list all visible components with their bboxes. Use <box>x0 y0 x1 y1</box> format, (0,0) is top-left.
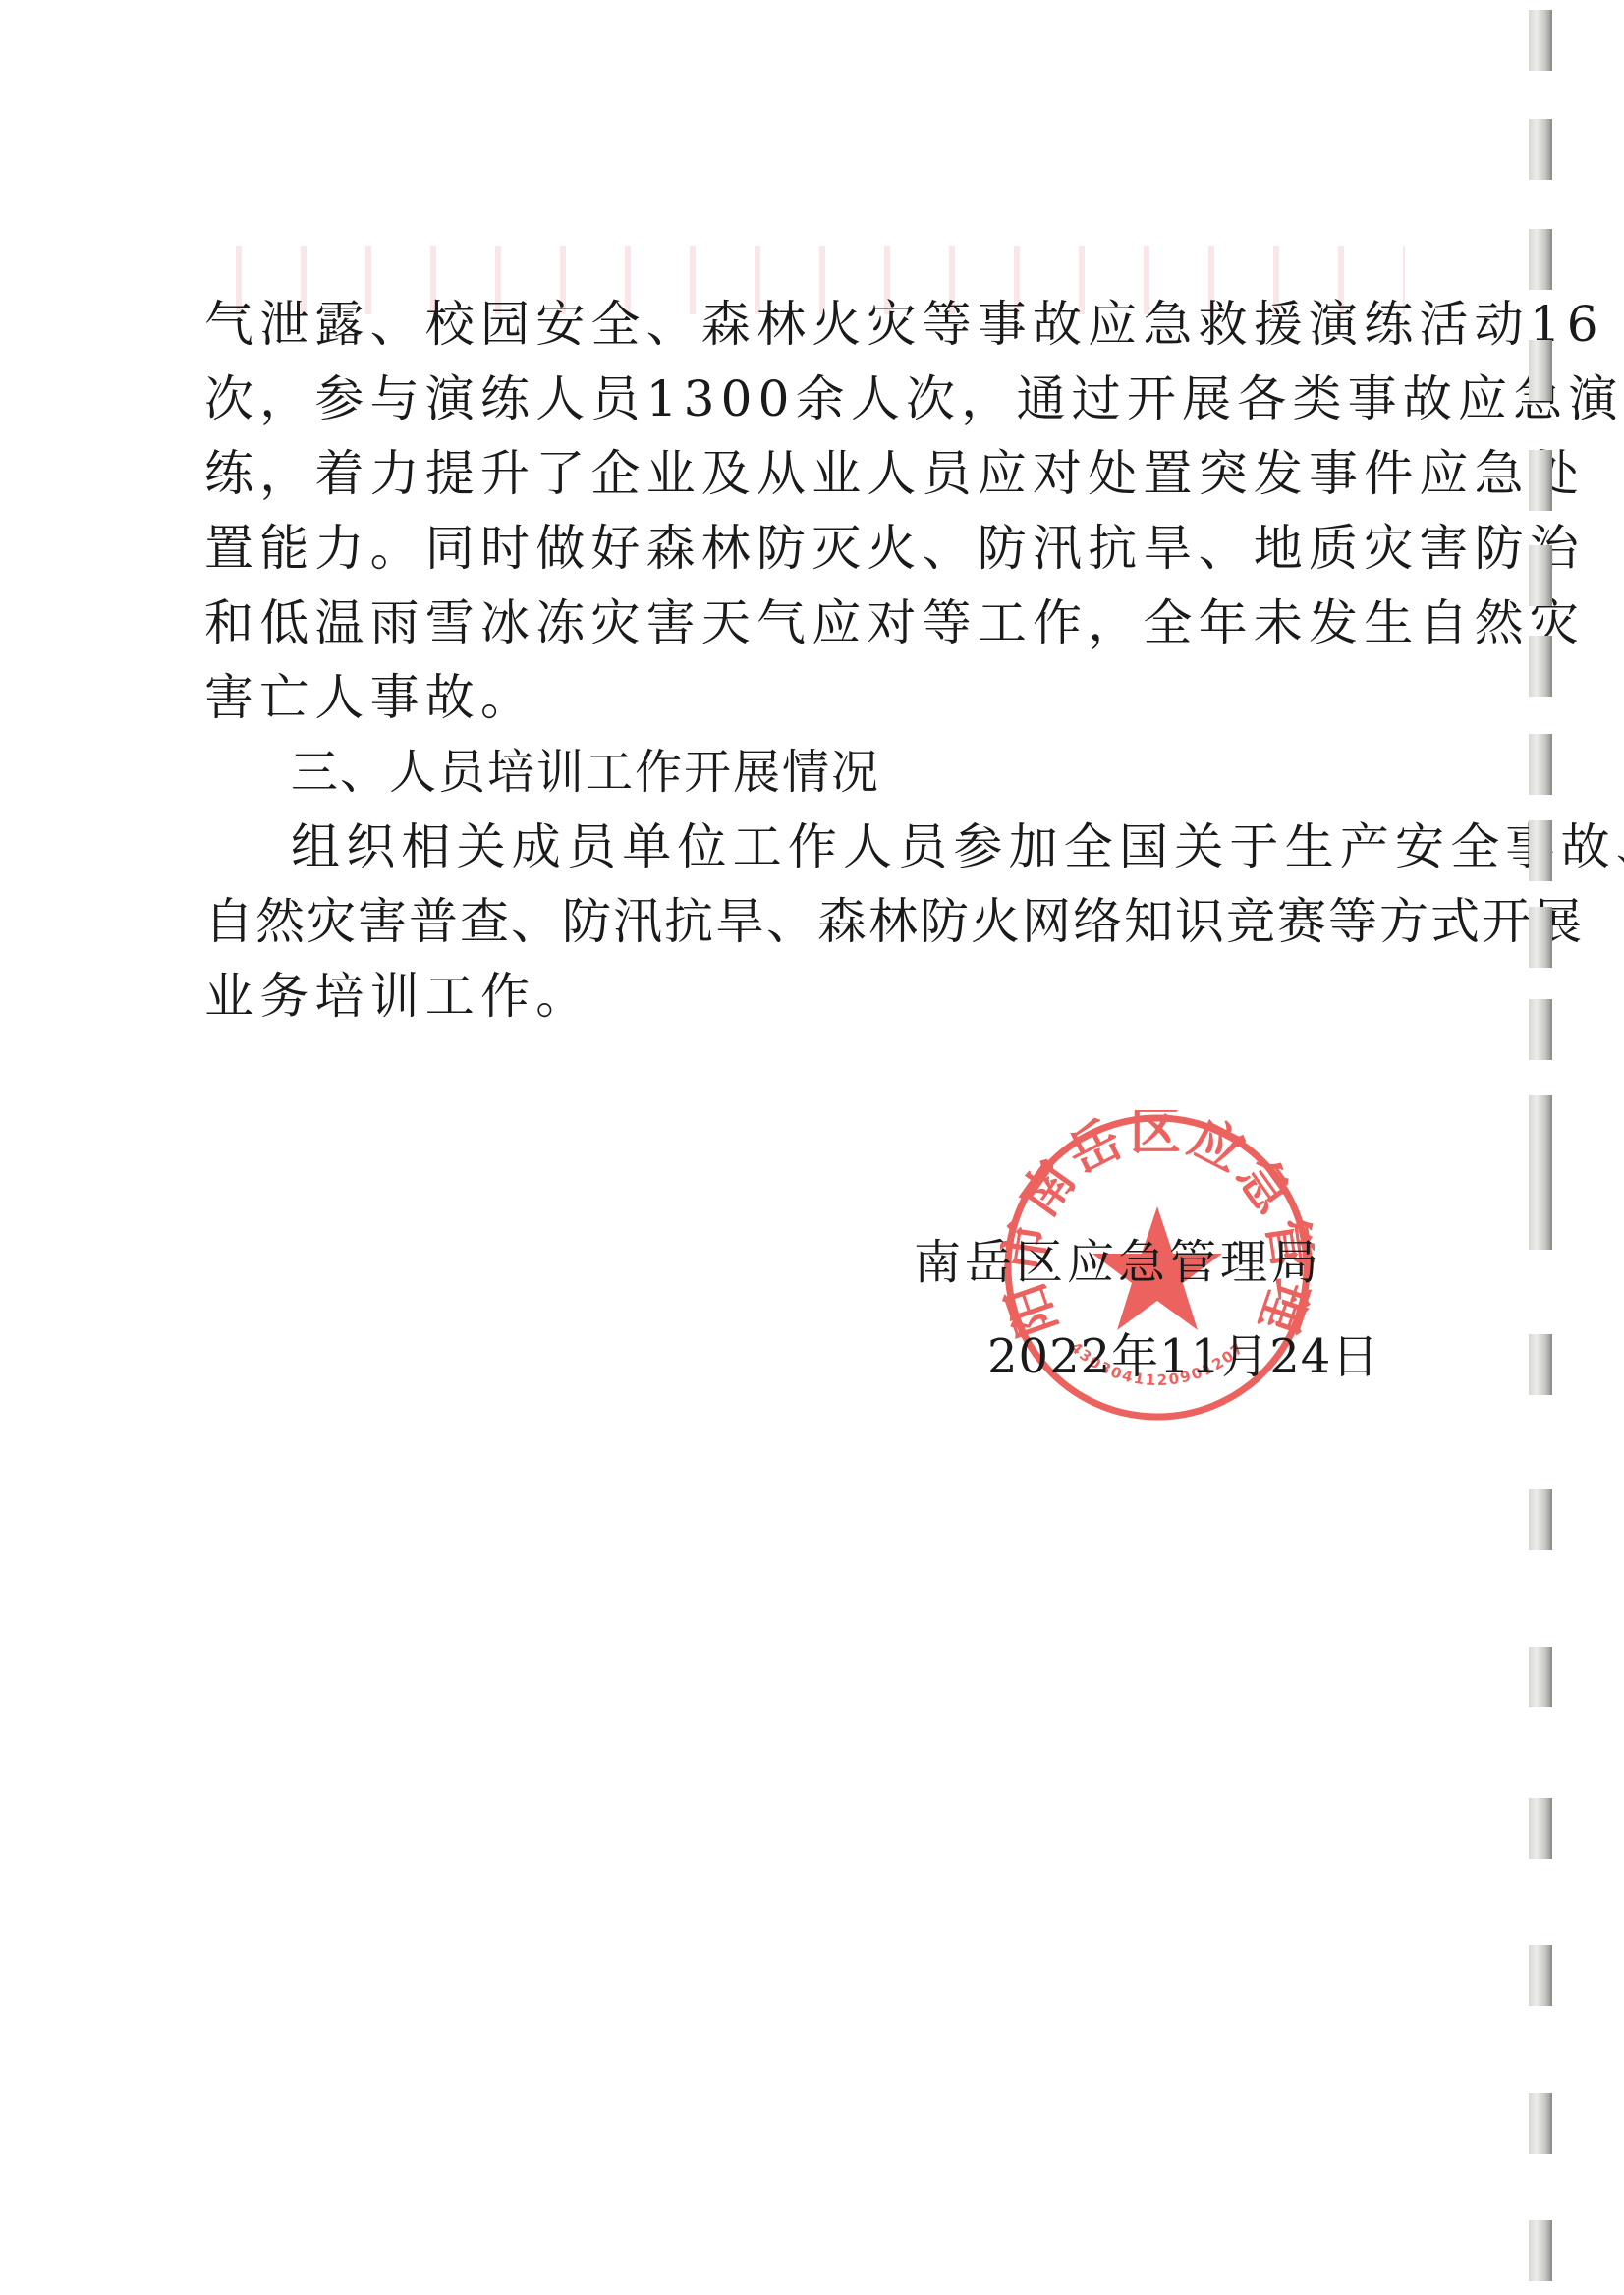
binding-hole-icon <box>1529 229 1552 290</box>
binding-hole-icon <box>1529 340 1552 401</box>
binding-hole-icon <box>1529 907 1552 968</box>
section-line-2: 自然灾害普查、防汛抗旱、森林防火网络知识竞赛等方式开展 <box>204 884 1383 959</box>
binding-hole-icon <box>1529 1798 1552 1859</box>
binding-hole-icon <box>1529 1647 1552 1707</box>
binding-hole-icon <box>1529 1945 1552 2006</box>
section-heading: 三、人员培训工作开展情况 <box>291 735 880 810</box>
signature-organization: 南岳区应急管理局 <box>914 1224 1322 1292</box>
binding-hole-icon <box>1529 450 1552 511</box>
binding-hole-icon <box>1529 1189 1552 1250</box>
binding-hole-icon <box>1529 2220 1552 2281</box>
body-line-1: 气泄露、校园安全、森林火灾等事故应急救援演练活动16 <box>204 287 1364 362</box>
document-page: 气泄露、校园安全、森林火灾等事故应急救援演练活动16 次，参与演练人员1300余… <box>0 0 1624 2295</box>
body-line-6: 害亡人事故。 <box>204 660 1364 735</box>
binding-hole-icon <box>1529 1489 1552 1550</box>
binding-hole-icon <box>1529 734 1552 795</box>
binding-hole-icon <box>1529 545 1552 606</box>
section-line-3: 业务培训工作。 <box>204 959 1364 1034</box>
body-line-4: 置能力。同时做好森林防灭火、防汛抗旱、地质灾害防治 <box>204 511 1364 586</box>
body-line-2: 次，参与演练人员1300余人次，通过开展各类事故应急演 <box>204 362 1364 436</box>
binding-hole-icon <box>1529 1334 1552 1395</box>
body-line-3: 练，着力提升了企业及从业人员应对处置突发事件应急处 <box>204 436 1364 511</box>
binding-hole-icon <box>1529 10 1552 71</box>
signature-date: 2022年11月24日 <box>987 1318 1379 1386</box>
binding-hole-icon <box>1529 119 1552 180</box>
binding-hole-icon <box>1529 2093 1552 2154</box>
binding-hole-icon <box>1529 999 1552 1060</box>
binding-hole-icon <box>1529 636 1552 697</box>
section-line-1: 组织相关成员单位工作人员参加全国关于生产安全事故、 <box>291 810 1381 884</box>
binding-hole-icon <box>1529 820 1552 881</box>
body-line-5: 和低温雨雪冰冻灾害天气应对等工作，全年未发生自然灾 <box>204 586 1364 660</box>
